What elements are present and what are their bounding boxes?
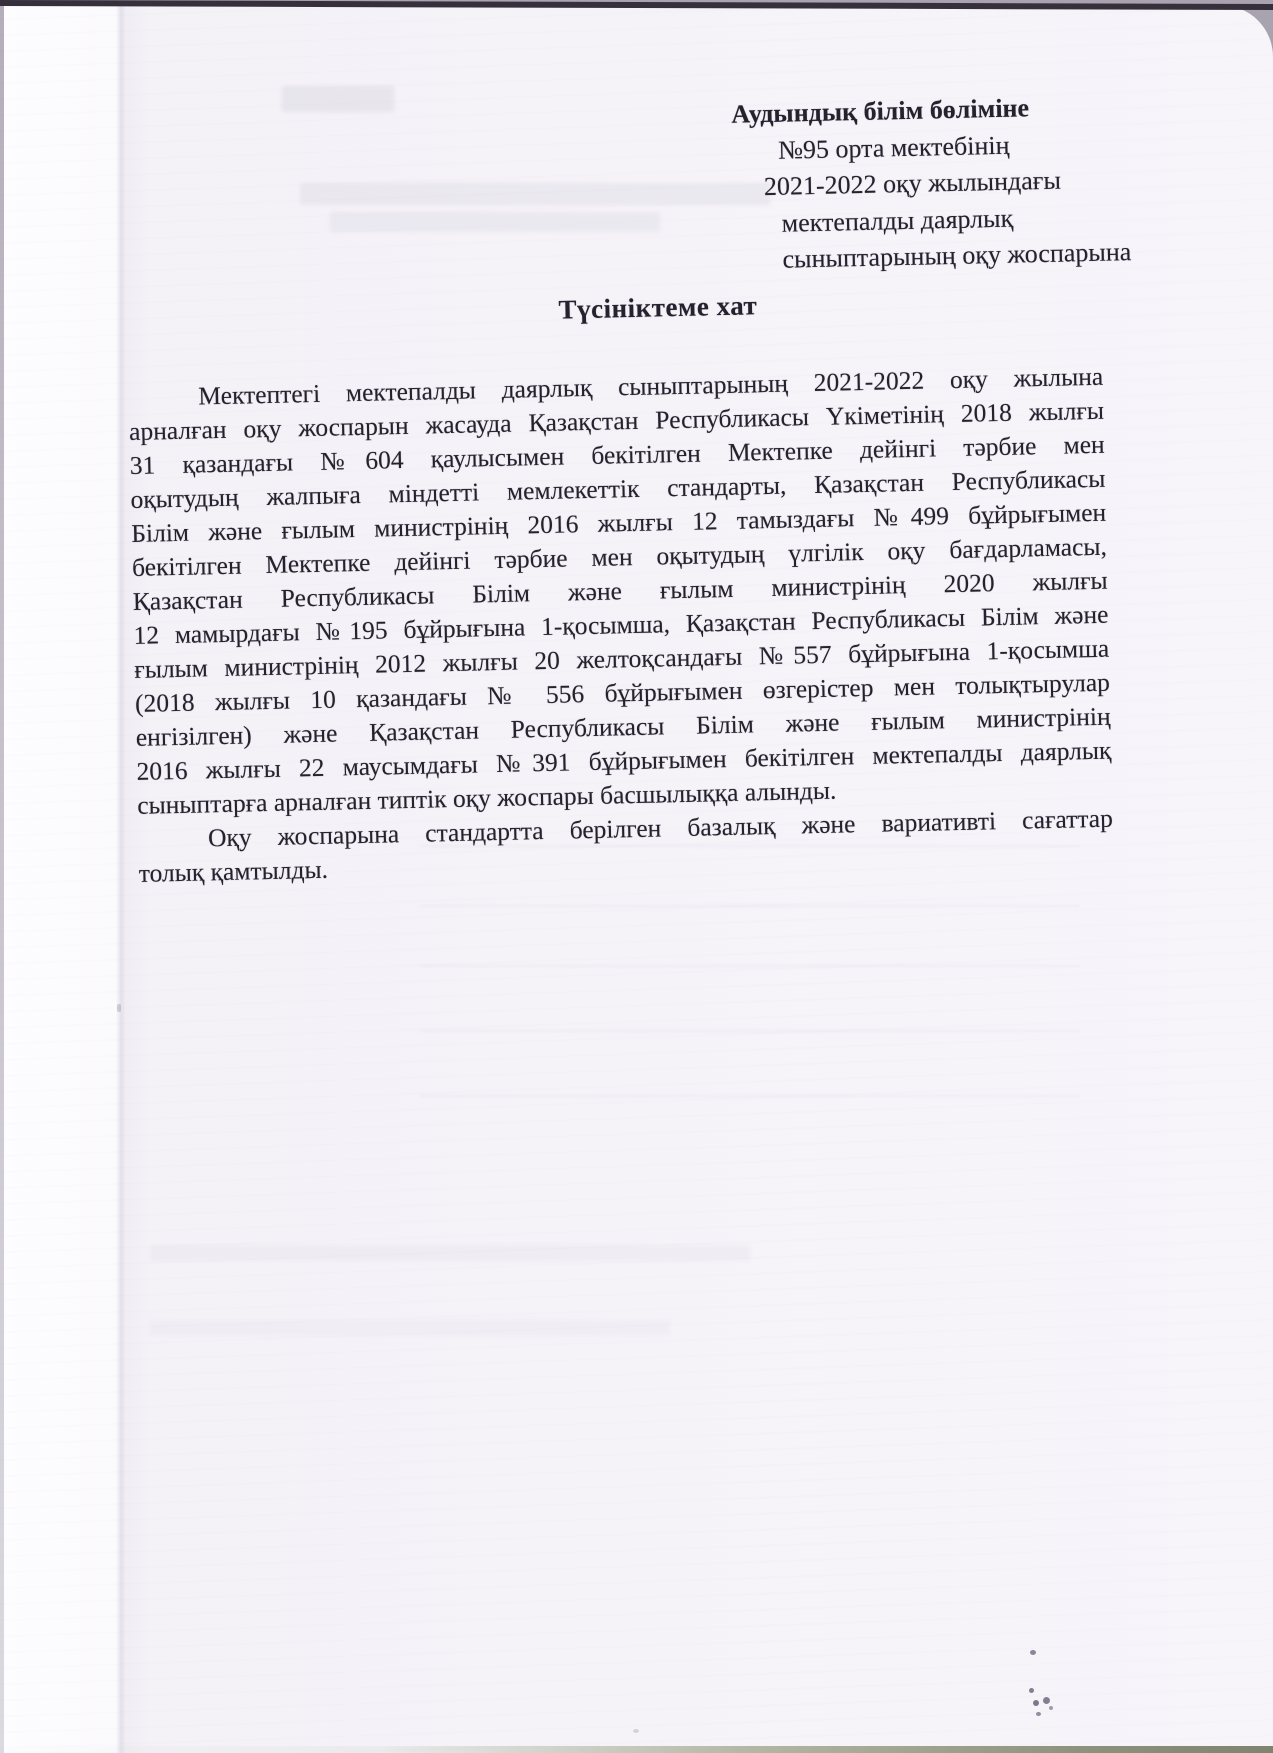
- ink-speck: [633, 1729, 639, 1733]
- ink-speck: [117, 1004, 121, 1012]
- ink-speck: [1043, 1697, 1050, 1704]
- letter-title: Түсініктеме хат: [558, 290, 757, 325]
- bleed-through-table-line: [420, 1030, 1080, 1032]
- letter-body: Мектептегі мектепалды даярлық сыныптарын…: [128, 360, 1114, 891]
- ink-speck: [1029, 1688, 1034, 1693]
- page-left-edge: [0, 5, 4, 1753]
- letter-addressee-block: Аудындық білім бөліміне №95 орта мектебі…: [122, 89, 1104, 293]
- body-paragraph: Мектептегі мектепалды даярлық сыныптарын…: [128, 360, 1112, 823]
- addressee-line: сыныптарының оқу жоспарына: [782, 235, 1104, 278]
- bleed-through-table-line: [420, 965, 1080, 967]
- ink-speck: [1036, 1712, 1041, 1716]
- ink-speck: [1033, 1700, 1039, 1706]
- ink-speck: [1049, 1706, 1053, 1710]
- bleed-through-table-line: [420, 905, 1080, 907]
- bleed-through-table-line: [420, 1095, 1080, 1097]
- ink-speck: [1030, 1650, 1036, 1655]
- scanner-bottom-edge: [0, 1746, 1273, 1753]
- addressee-line: 2021-2022 оқу жылындағы: [764, 162, 1103, 206]
